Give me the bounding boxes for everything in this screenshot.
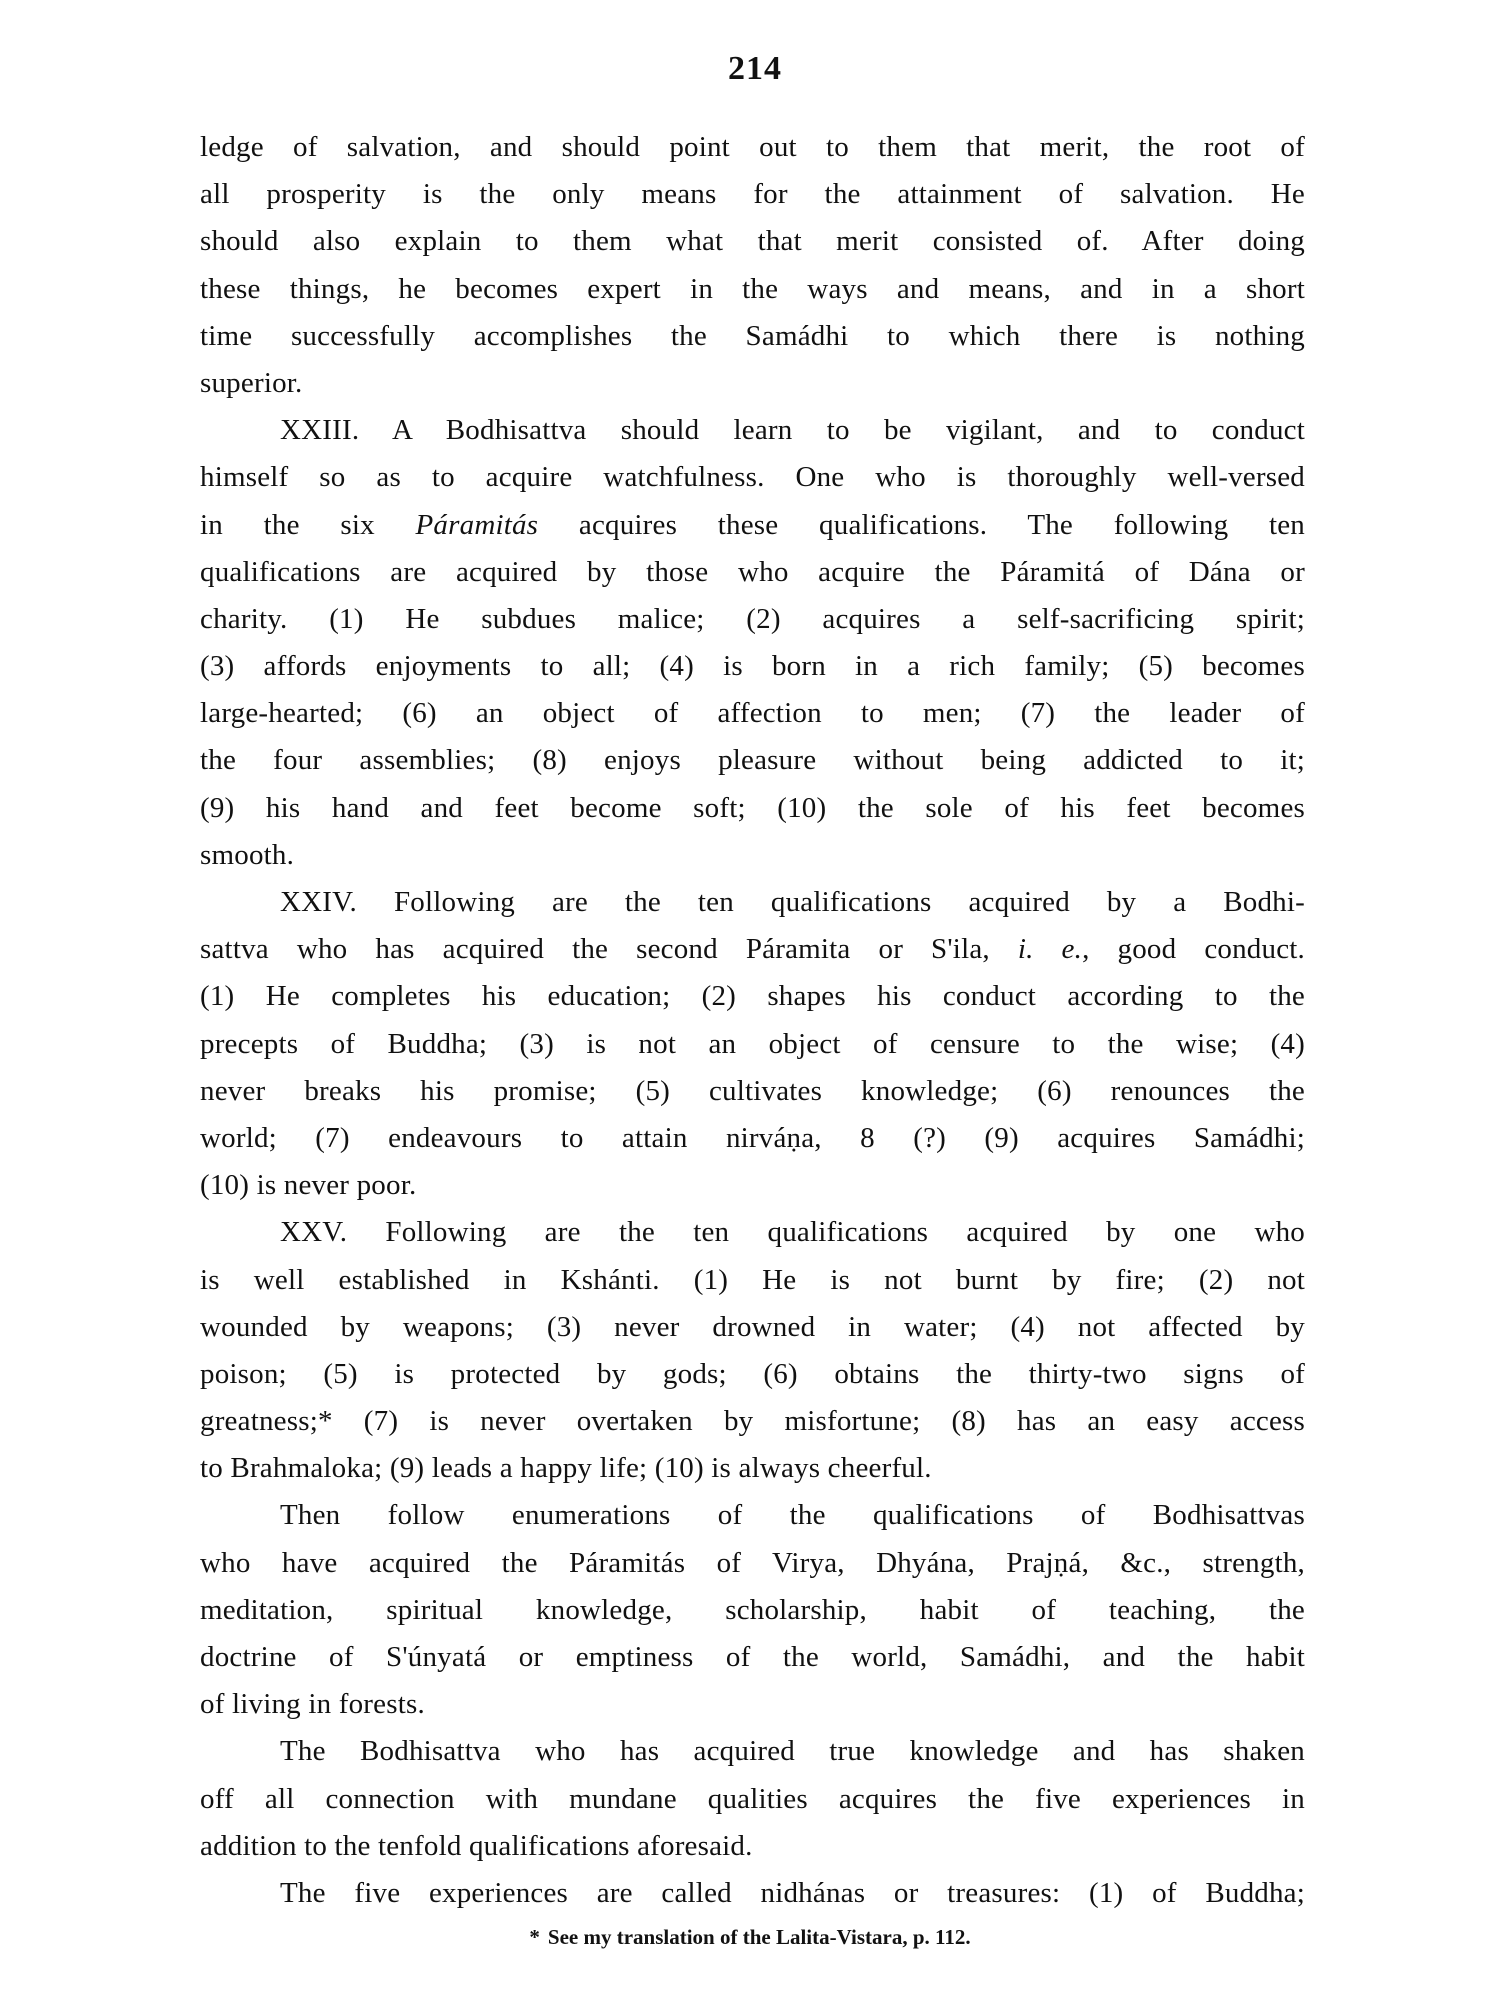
- text-line: never breaks his promise; (5) cultivates…: [200, 1068, 1305, 1115]
- text-line: greatness;* (7) is never overtaken by mi…: [200, 1398, 1305, 1445]
- text-line: doctrine of S'únyatá or emptiness of the…: [200, 1634, 1305, 1681]
- text-line: qualifications are acquired by those who…: [200, 549, 1305, 596]
- text-line: (9) his hand and feet become soft; (10) …: [200, 785, 1305, 832]
- text-line: The five experiences are called nidhánas…: [200, 1870, 1305, 1917]
- text-line: is well established in Kshánti. (1) He i…: [200, 1257, 1305, 1304]
- text-line: in the six Páramitás acquires these qual…: [200, 502, 1305, 549]
- page-number: 214: [0, 50, 1500, 88]
- text-line: XXV. Following are the ten qualification…: [200, 1209, 1305, 1256]
- text-line: should also explain to them what that me…: [200, 218, 1305, 265]
- text-line: to Brahmaloka; (9) leads a happy life; (…: [200, 1445, 1305, 1492]
- text-line: smooth.: [200, 832, 1305, 879]
- text-line: (10) is never poor.: [200, 1162, 1305, 1209]
- text-line: world; (7) endeavours to attain nirváṇa,…: [200, 1115, 1305, 1162]
- text-line: (1) He completes his education; (2) shap…: [200, 973, 1305, 1020]
- text-line: precepts of Buddha; (3) is not an object…: [200, 1021, 1305, 1068]
- text-line: XXIV. Following are the ten qualificatio…: [200, 879, 1305, 926]
- text-line: ledge of salvation, and should point out…: [200, 124, 1305, 171]
- text-line: (3) affords enjoyments to all; (4) is bo…: [200, 643, 1305, 690]
- text-line: Then follow enumerations of the qualific…: [200, 1492, 1305, 1539]
- text-line: wounded by weapons; (3) never drowned in…: [200, 1304, 1305, 1351]
- text-line: these things, he becomes expert in the w…: [200, 266, 1305, 313]
- text-line: himself so as to acquire watchfulness. O…: [200, 454, 1305, 501]
- text-line: sattva who has acquired the second Páram…: [200, 926, 1305, 973]
- footnote: *See my translation of the Lalita-Vistar…: [0, 1922, 1500, 1952]
- text-line: off all connection with mundane qualitie…: [200, 1776, 1305, 1823]
- text-line: XXIII. A Bodhisattva should learn to be …: [200, 407, 1305, 454]
- italic-term: i. e.: [1018, 933, 1082, 965]
- text-line: The Bodhisattva who has acquired true kn…: [200, 1728, 1305, 1775]
- text-line: the four assemblies; (8) enjoys pleasure…: [200, 737, 1305, 784]
- italic-term: Páramitás: [416, 509, 539, 541]
- text-line: charity. (1) He subdues malice; (2) acqu…: [200, 596, 1305, 643]
- text-line: addition to the tenfold qualifications a…: [200, 1823, 1305, 1870]
- text-line: large-hearted; (6) an object of affectio…: [200, 690, 1305, 737]
- footnote-text: See my translation of the Lalita-Vistara…: [548, 1925, 971, 1949]
- text-line: all prosperity is the only means for the…: [200, 171, 1305, 218]
- text-line: poison; (5) is protected by gods; (6) ob…: [200, 1351, 1305, 1398]
- text-line: time successfully accomplishes the Samád…: [200, 313, 1305, 360]
- text-line: who have acquired the Páramitás of Virya…: [200, 1540, 1305, 1587]
- body-text: ledge of salvation, and should point out…: [200, 124, 1305, 1917]
- text-line: of living in forests.: [200, 1681, 1305, 1728]
- text-line: meditation, spiritual knowledge, scholar…: [200, 1587, 1305, 1634]
- text-line: superior.: [200, 360, 1305, 407]
- footnote-mark: *: [529, 1925, 540, 1949]
